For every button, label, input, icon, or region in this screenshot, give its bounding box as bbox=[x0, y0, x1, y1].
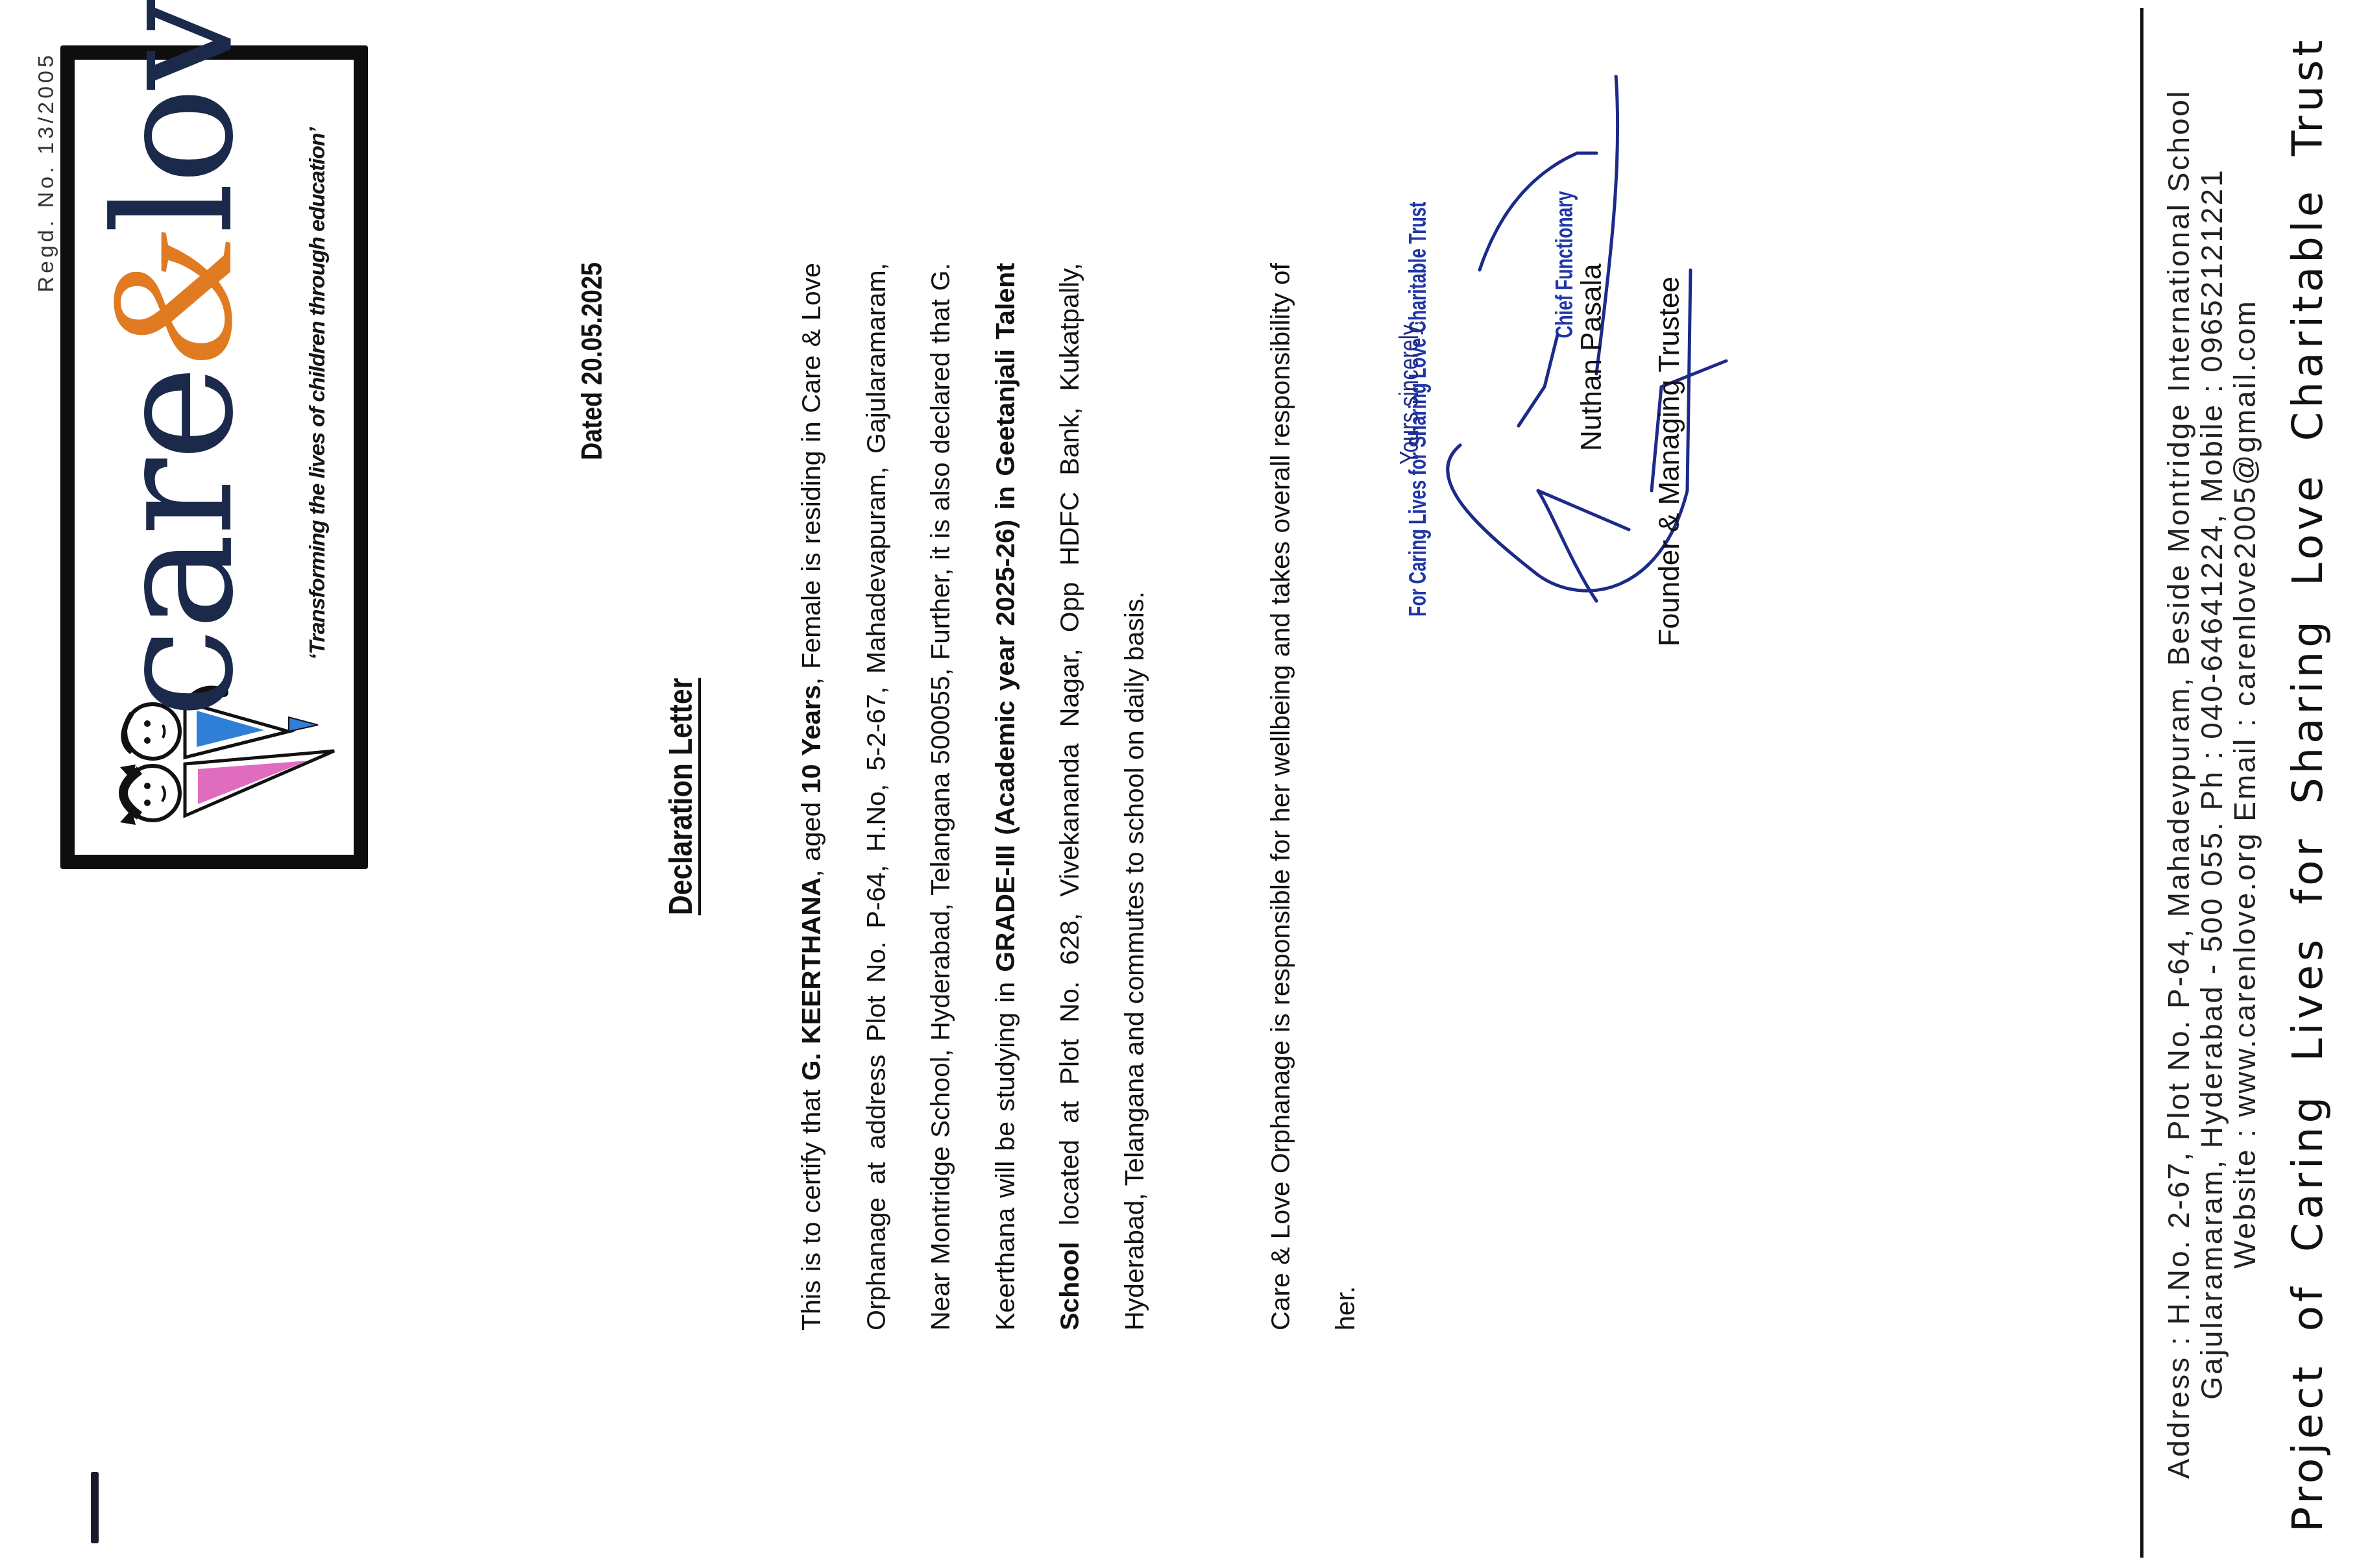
letter-page: Regd. No. 13/2005 bbox=[0, 0, 2357, 1568]
logo-tagline: ‘Transforming the lives of children thro… bbox=[305, 128, 330, 660]
letter-title: Declaration Letter bbox=[662, 263, 700, 1330]
scan-edge-mark bbox=[91, 1472, 99, 1543]
footer-address-line-2: Gajularamaram, Hyderabad - 500 055. Ph :… bbox=[2195, 0, 2229, 1568]
footer-contact-line: Website : www.carenlove.org Email : care… bbox=[2229, 0, 2262, 1568]
signatory-role: Founder & Managing Trustee bbox=[1654, 276, 1686, 646]
scanned-document-view: Regd. No. 13/2005 bbox=[0, 0, 2357, 1568]
registration-number: Regd. No. 13/2005 bbox=[34, 52, 59, 293]
ampersand-glyph: & bbox=[75, 234, 269, 367]
student-age: 10 Years bbox=[796, 685, 826, 793]
declaration-paragraph: This is to certify that G. KEERTHANA, ag… bbox=[779, 263, 1167, 1330]
signatory-name: Nuthan Pasala bbox=[1576, 263, 1608, 451]
handwritten-signature-icon bbox=[1324, 75, 1778, 724]
footer-divider bbox=[2140, 8, 2143, 1558]
footer-project-line: Project of Caring Lives for Sharing Love… bbox=[2284, 0, 2332, 1568]
student-name: G. KEERTHANA bbox=[796, 877, 826, 1081]
brand-wordmark: care&love bbox=[88, 0, 259, 718]
footer-address-line-1: Address : H.No. 2-67, Plot No. P-64, Mah… bbox=[2162, 0, 2195, 1568]
letter-date: Dated 20.05.2025 bbox=[576, 262, 609, 470]
organization-logo: care&love ‘Transforming the lives of chi… bbox=[60, 45, 368, 869]
